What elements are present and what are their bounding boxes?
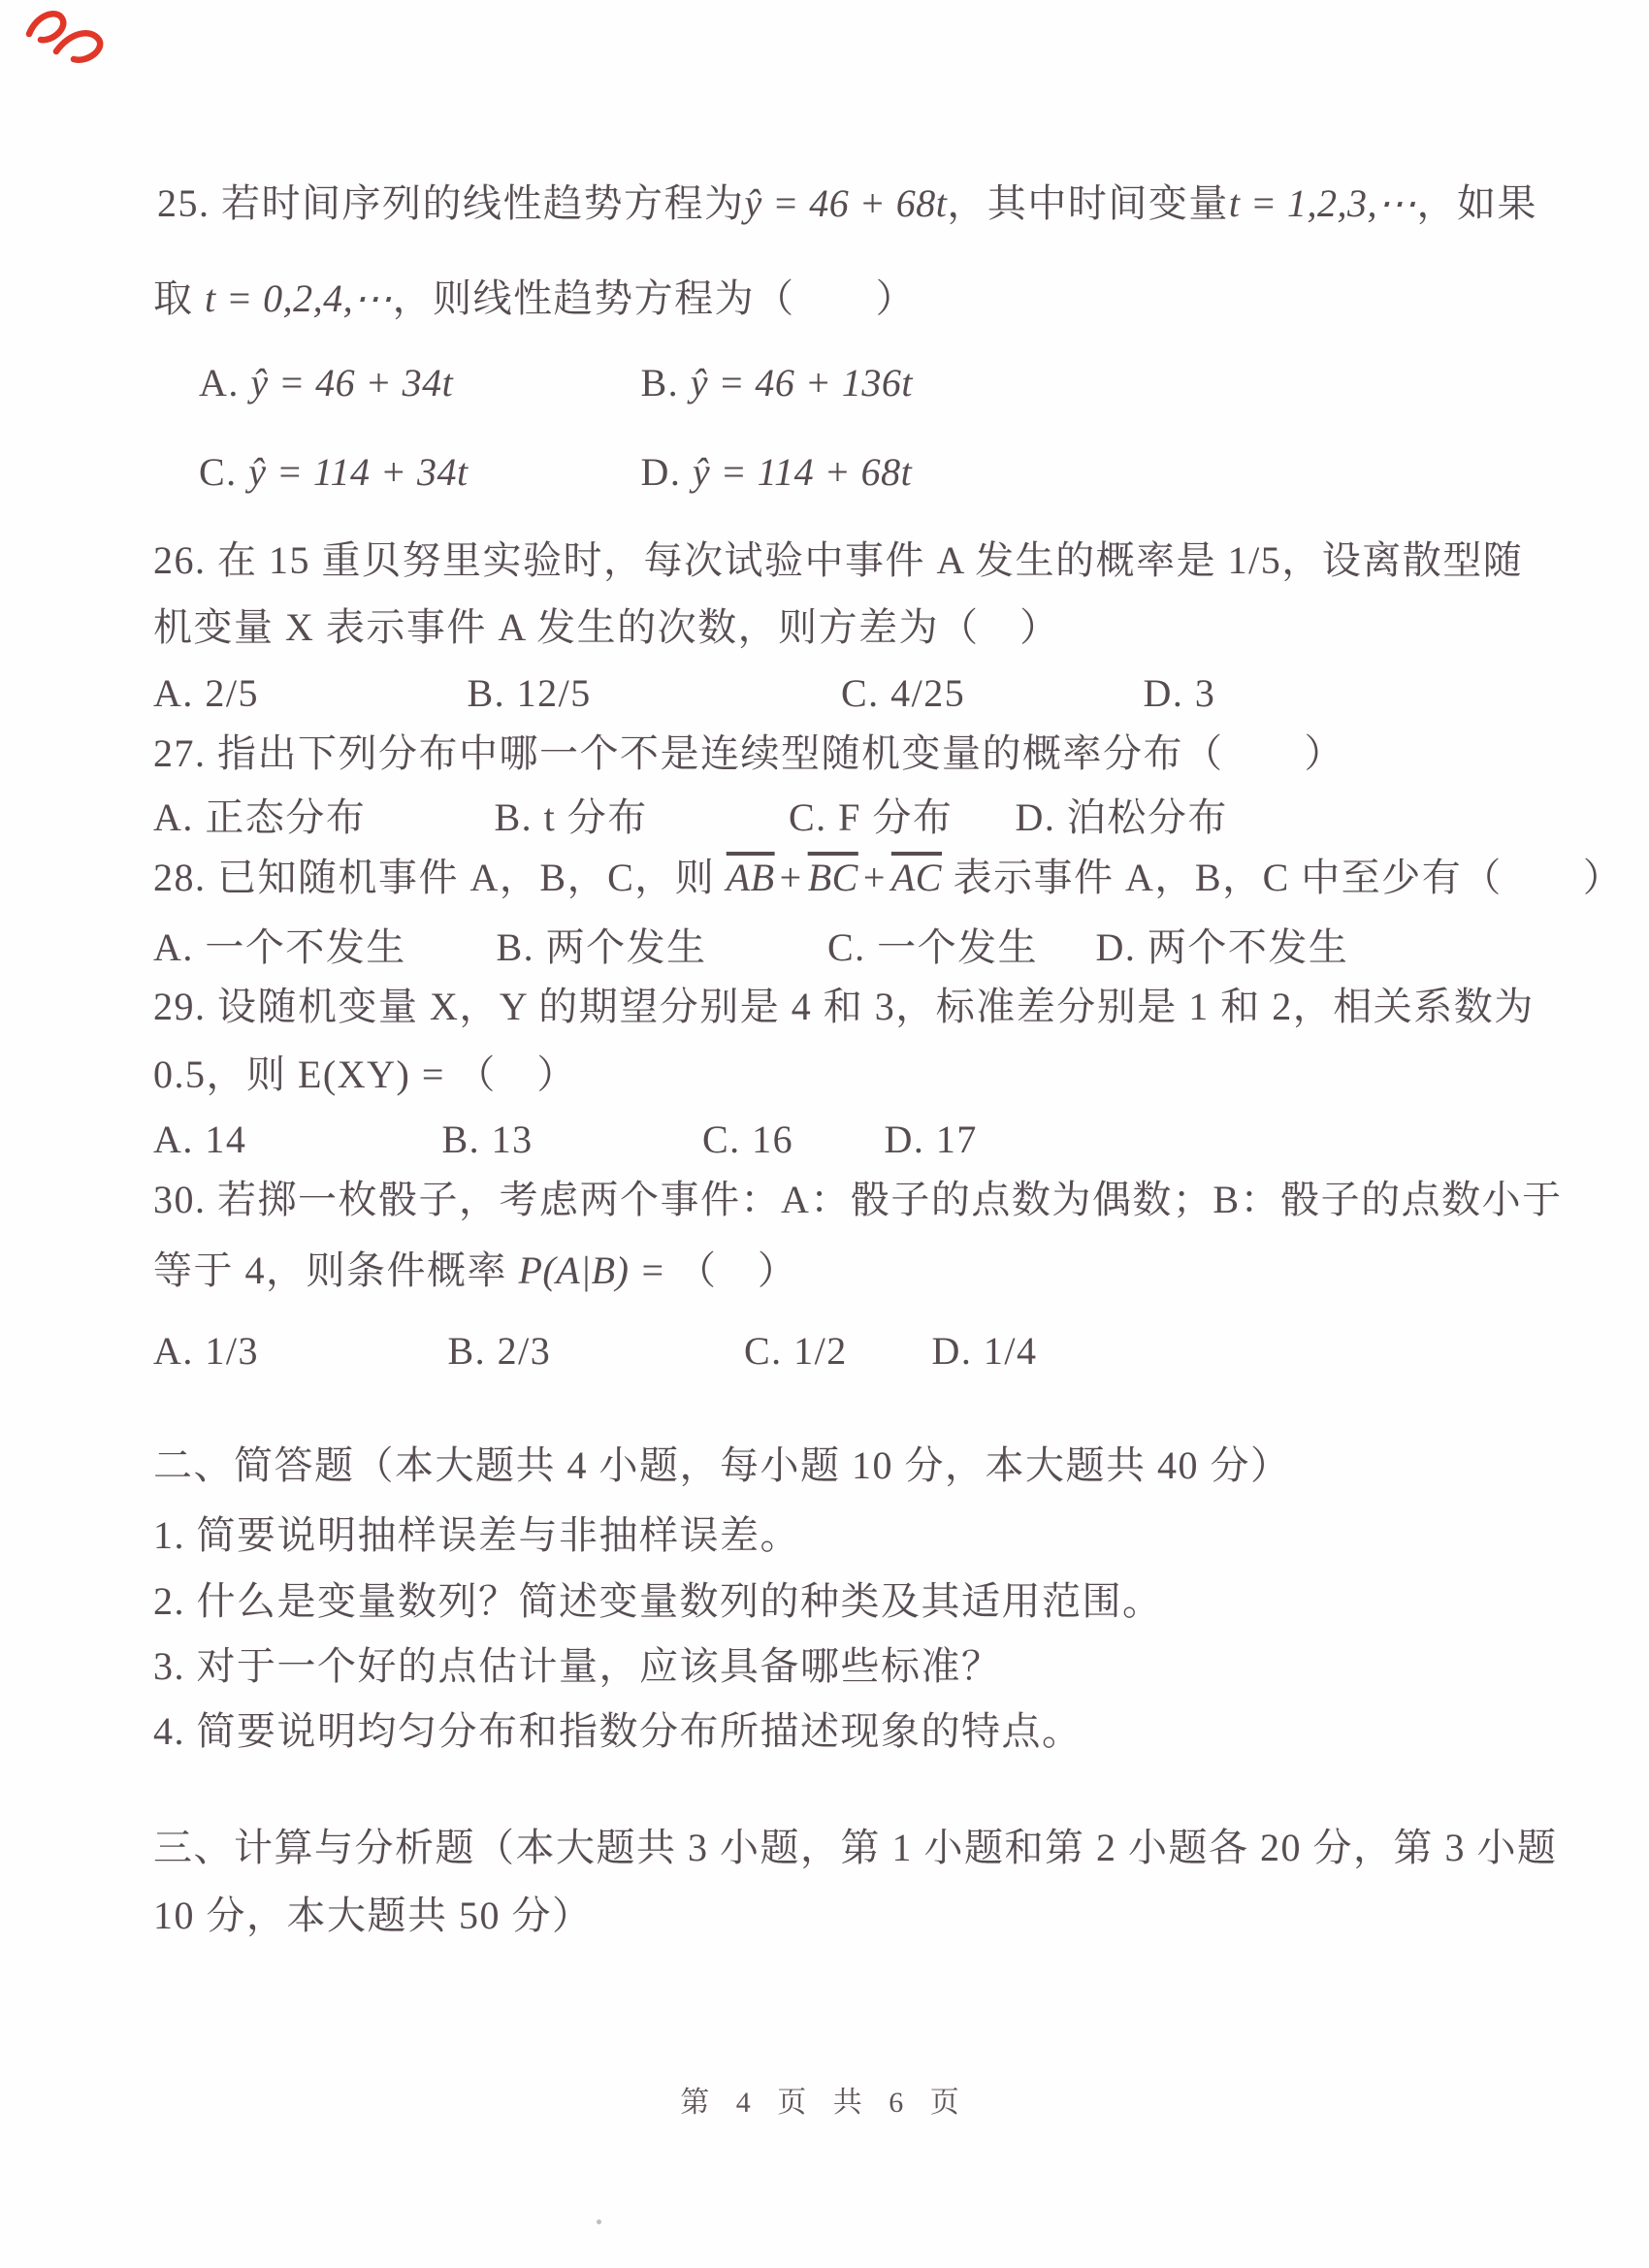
q29-option-a: A. 14 — [153, 1116, 431, 1164]
q25-l2-pre: 取 — [153, 276, 205, 320]
option-formula: ŷ = 114 + 34t — [248, 450, 468, 494]
option-label: A. — [199, 361, 250, 405]
q25-option-a: A. ŷ = 46 + 34t — [199, 359, 630, 407]
q25-text-end: ，如果 — [1416, 181, 1537, 225]
q28-formula-ac: AC — [891, 856, 942, 899]
q29-line-2: 0.5，则 E(XY) = （ ） — [153, 1051, 577, 1099]
option-label: B. — [641, 361, 691, 405]
q27-options-row: A. 正态分布 B. t 分布 C. F 分布 D. 泊松分布 — [153, 794, 1228, 842]
option-formula: ŷ = 46 + 136t — [691, 361, 913, 405]
q28-formula-ab: AB — [727, 856, 775, 899]
q30-option-d: D. 1/4 — [932, 1327, 1038, 1376]
q30-text-pre: 等于 4，则条件概率 — [153, 1248, 519, 1292]
q30-line-1: 30. 若掷一枚骰子，考虑两个事件：A：骰子的点数为偶数；B：骰子的点数小于 — [153, 1176, 1563, 1224]
section3-line-2: 10 分，本大题共 50 分） — [153, 1892, 593, 1940]
q28-option-d: D. 两个不发生 — [1096, 923, 1349, 972]
q29-options-row: A. 14 B. 13 C. 16 D. 17 — [153, 1116, 978, 1164]
section2-item-1: 1. 简要说明抽样误差与非抽样误差。 — [153, 1511, 800, 1560]
q27-line-1: 27. 指出下列分布中哪一个不是连续型随机变量的概率分布（ ） — [153, 729, 1344, 778]
q25-formula-trend: ŷ = 46 + 68t — [745, 181, 948, 225]
q30-formula-conditional: P(A|B) = — [519, 1248, 666, 1292]
q26-option-c: C. 4/25 — [841, 669, 1132, 718]
q25-options-row-1: A. ŷ = 46 + 34t B. ŷ = 46 + 136t — [199, 359, 913, 407]
q30-line-2: 等于 4，则条件概率 P(A|B) = （ ） — [153, 1247, 797, 1295]
q28-option-c: C. 一个发生 — [827, 923, 1084, 972]
q25-option-c: C. ŷ = 114 + 34t — [199, 448, 630, 497]
option-formula: ŷ = 114 + 68t — [693, 450, 912, 494]
section3-line-1: 三、计算与分析题（本大题共 3 小题，第 1 小题和第 2 小题各 20 分，第… — [153, 1824, 1558, 1872]
section2-item-3: 3. 对于一个好的点估计量，应该具备哪些标准？ — [153, 1642, 1002, 1691]
q25-text-mid: ，其中时间变量 — [947, 181, 1229, 225]
q25-options-row-2: C. ŷ = 114 + 34t D. ŷ = 114 + 68t — [199, 448, 912, 497]
option-formula: ŷ = 46 + 34t — [250, 361, 453, 405]
q27-option-d: D. 泊松分布 — [1016, 794, 1228, 842]
q28-options-row: A. 一个不发生 B. 两个发生 C. 一个发生 D. 两个不发生 — [153, 923, 1348, 972]
q25-l2-post: ，则线性趋势方程为（ ） — [393, 276, 917, 320]
q25-formula-t1: t = 1,2,3,⋯ — [1229, 181, 1417, 225]
q25-line-1: 25. 若时间序列的线性趋势方程为ŷ = 46 + 68t，其中时间变量t = … — [157, 179, 1537, 228]
option-label: C. — [199, 450, 248, 494]
section2-item-4: 4. 简要说明均匀分布和指数分布所描述现象的特点。 — [153, 1707, 1083, 1756]
q25-formula-t2: t = 0,2,4,⋯ — [205, 276, 393, 320]
q28-text-pre: 28. 已知随机事件 A，B，C，则 — [153, 856, 727, 899]
q28-option-b: B. 两个发生 — [497, 923, 817, 972]
q29-option-d: D. 17 — [885, 1116, 978, 1164]
q25-line-2: 取 t = 0,2,4,⋯，则线性趋势方程为（ ） — [153, 275, 916, 323]
section2-header: 二、简答题（本大题共 4 小题，每小题 10 分，本大题共 40 分） — [153, 1442, 1291, 1490]
q25-option-b: B. ŷ = 46 + 136t — [641, 359, 914, 407]
q30-text-post: （ ） — [665, 1248, 797, 1292]
q28-line-1: 28. 已知随机事件 A，B，C，则 AB+BC+AC 表示事件 A，B，C 中… — [153, 854, 1623, 902]
section2-item-2: 2. 什么是变量数列？简述变量数列的种类及其适用范围。 — [153, 1577, 1163, 1626]
q28-formula-bc: BC — [808, 856, 858, 899]
plus-sign: + — [858, 856, 891, 899]
q26-line-1: 26. 在 15 重贝努里实验时，每次试验中事件 A 发生的概率是 1/5，设离… — [153, 536, 1523, 585]
q25-text: 25. 若时间序列的线性趋势方程为 — [157, 181, 745, 225]
q26-option-a: A. 2/5 — [153, 669, 456, 718]
q25-option-d: D. ŷ = 114 + 68t — [641, 448, 913, 497]
plus-sign: + — [775, 856, 808, 899]
q29-line-1: 29. 设随机变量 X，Y 的期望分别是 4 和 3，标准差分别是 1 和 2，… — [153, 983, 1535, 1031]
q26-option-d: D. 3 — [1144, 669, 1216, 718]
exam-page: 25. 若时间序列的线性趋势方程为ŷ = 46 + 68t，其中时间变量t = … — [0, 0, 1649, 2268]
q27-option-a: A. 正态分布 — [153, 794, 483, 842]
q29-option-b: B. 13 — [442, 1116, 692, 1164]
q26-options-row: A. 2/5 B. 12/5 C. 4/25 D. 3 — [153, 669, 1215, 718]
option-label: D. — [641, 450, 693, 494]
q26-option-b: B. 12/5 — [468, 669, 830, 718]
q28-option-a: A. 一个不发生 — [153, 923, 485, 972]
red-pen-scribble-icon — [23, 5, 109, 73]
page-footer: 第 4 页 共 6 页 — [0, 2078, 1649, 2121]
q30-option-a: A. 1/3 — [153, 1327, 436, 1376]
q29-option-c: C. 16 — [702, 1116, 873, 1164]
q27-option-b: B. t 分布 — [495, 794, 778, 842]
q30-option-c: C. 1/2 — [744, 1327, 921, 1376]
q26-line-2: 机变量 X 表示事件 A 发生的次数，则方差为（ ） — [153, 603, 1060, 652]
q27-option-c: C. F 分布 — [789, 794, 1004, 842]
q30-option-b: B. 2/3 — [448, 1327, 733, 1376]
q30-options-row: A. 1/3 B. 2/3 C. 1/2 D. 1/4 — [153, 1327, 1038, 1376]
scan-speck — [597, 2219, 601, 2224]
q28-text-post: 表示事件 A，B，C 中至少有（ ） — [942, 856, 1623, 899]
